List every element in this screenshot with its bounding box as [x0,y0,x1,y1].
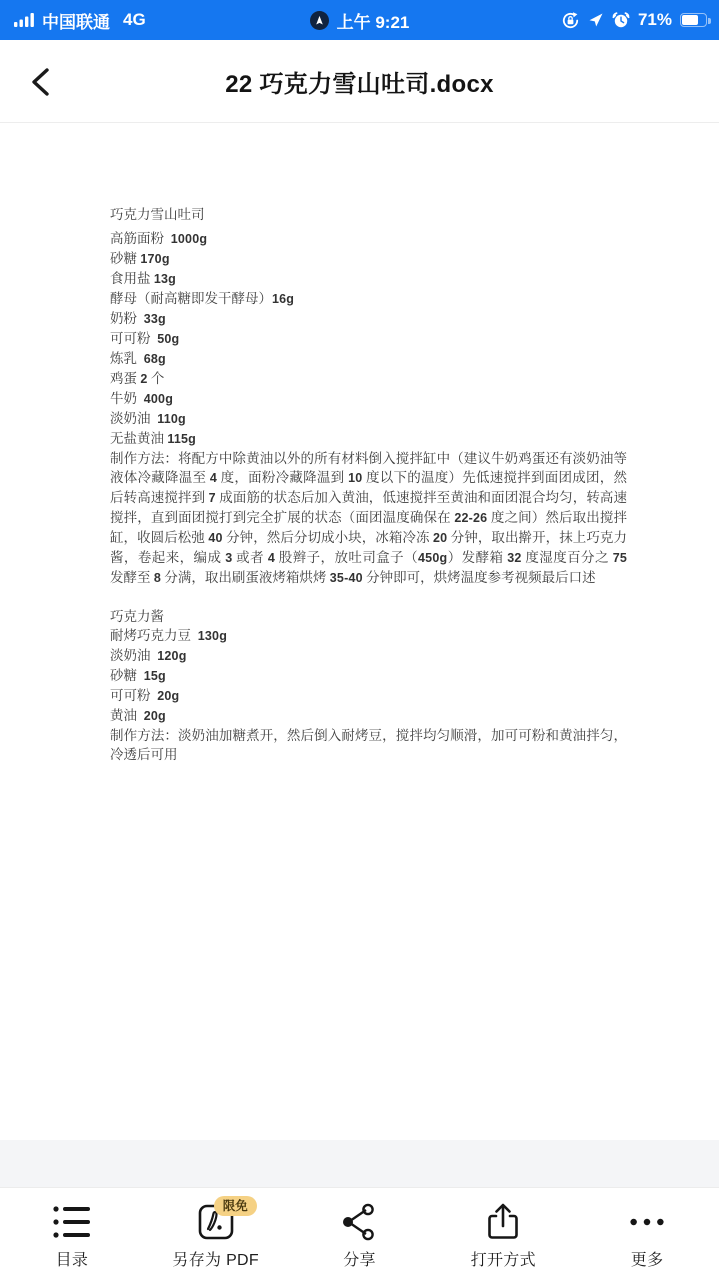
limited-free-badge: 限免 [214,1196,257,1216]
toc-label: 目录 [56,1247,89,1270]
ingredient-line: 牛奶 400g [110,389,627,409]
sauce-method-paragraph: 制作方法：淡奶油加糖煮开，然后倒入耐烤豆，搅拌均匀顺滑，加可可粉和黄油拌匀，冷透… [110,726,627,764]
document-content: 巧克力雪山吐司 高筋面粉 1000g 砂糖 170g 食用盐 13g 酵母（耐高… [110,205,627,764]
share-label: 分享 [343,1247,376,1270]
clock-time: 上午 9:21 [337,8,410,33]
open-with-label: 打开方式 [471,1247,536,1270]
carrier-label: 中国联通 [42,8,110,33]
back-button[interactable] [18,60,62,104]
ingredient-line: 黄油 20g [110,706,627,726]
page-background-gap [0,1140,719,1187]
open-with-button[interactable]: 打开方式 [431,1188,575,1280]
ingredient-line: 高筋面粉 1000g [110,229,627,249]
ingredient-line: 淡奶油 120g [110,646,627,666]
more-label: 更多 [631,1247,664,1270]
save-as-pdf-label: 另存为 PDF [172,1247,259,1270]
sauce-title: 巧克力酱 [110,607,627,626]
network-type-label: 4G [123,10,146,30]
back-chevron-icon [28,67,52,97]
ingredient-line: 奶粉 33g [110,309,627,329]
ingredient-line: 耐烤巧克力豆 130g [110,626,627,646]
battery-icon [680,13,707,27]
save-as-pdf-button[interactable]: 限免 另存为 PDF [144,1188,288,1280]
orientation-lock-icon [561,11,580,30]
document-page[interactable]: 巧克力雪山吐司 高筋面粉 1000g 砂糖 170g 食用盐 13g 酵母（耐高… [0,123,719,1140]
method-paragraph: 制作方法：将配方中除黄油以外的所有材料倒入搅拌缸中（建议牛奶鸡蛋还有淡奶油等液体… [110,449,627,588]
ingredient-line: 食用盐 13g [110,269,627,289]
more-dots-icon [626,1201,668,1243]
signal-strength-icon [14,13,35,27]
toc-list-icon [51,1201,93,1243]
ingredient-line: 可可粉 50g [110,329,627,349]
ingredient-line: 鸡蛋 2 个 [110,369,627,389]
ingredient-line: 炼乳 68g [110,349,627,369]
status-bar: 中国联通 4G 上午 9:21 [0,0,719,40]
bottom-toolbar: 目录 限免 另存为 PDF 分享 [0,1187,719,1280]
ingredient-line: 酵母（耐高糖即发干酵母）16g [110,289,627,309]
open-with-icon [482,1201,524,1243]
ingredient-line: 无盐黄油 115g [110,429,627,449]
status-left-cluster: 中国联通 4G [14,8,146,33]
ingredient-line: 砂糖 170g [110,249,627,269]
ingredient-line: 可可粉 20g [110,686,627,706]
document-header: 22 巧克力雪山吐司.docx [0,40,719,123]
ingredient-line: 淡奶油 110g [110,409,627,429]
location-arrow-icon [588,12,604,28]
toc-button[interactable]: 目录 [0,1188,144,1280]
document-title: 22 巧克力雪山吐司.docx [225,64,494,99]
navigation-active-icon [310,11,329,30]
battery-percent-label: 71% [638,10,672,30]
recipe-title: 巧克力雪山吐司 [110,205,627,224]
share-nodes-icon [338,1201,380,1243]
share-button[interactable]: 分享 [288,1188,432,1280]
more-button[interactable]: 更多 [575,1188,719,1280]
status-right-cluster: 71% [561,10,707,30]
alarm-clock-icon [612,11,630,29]
blank-line [110,588,627,607]
ingredient-line: 砂糖 15g [110,666,627,686]
